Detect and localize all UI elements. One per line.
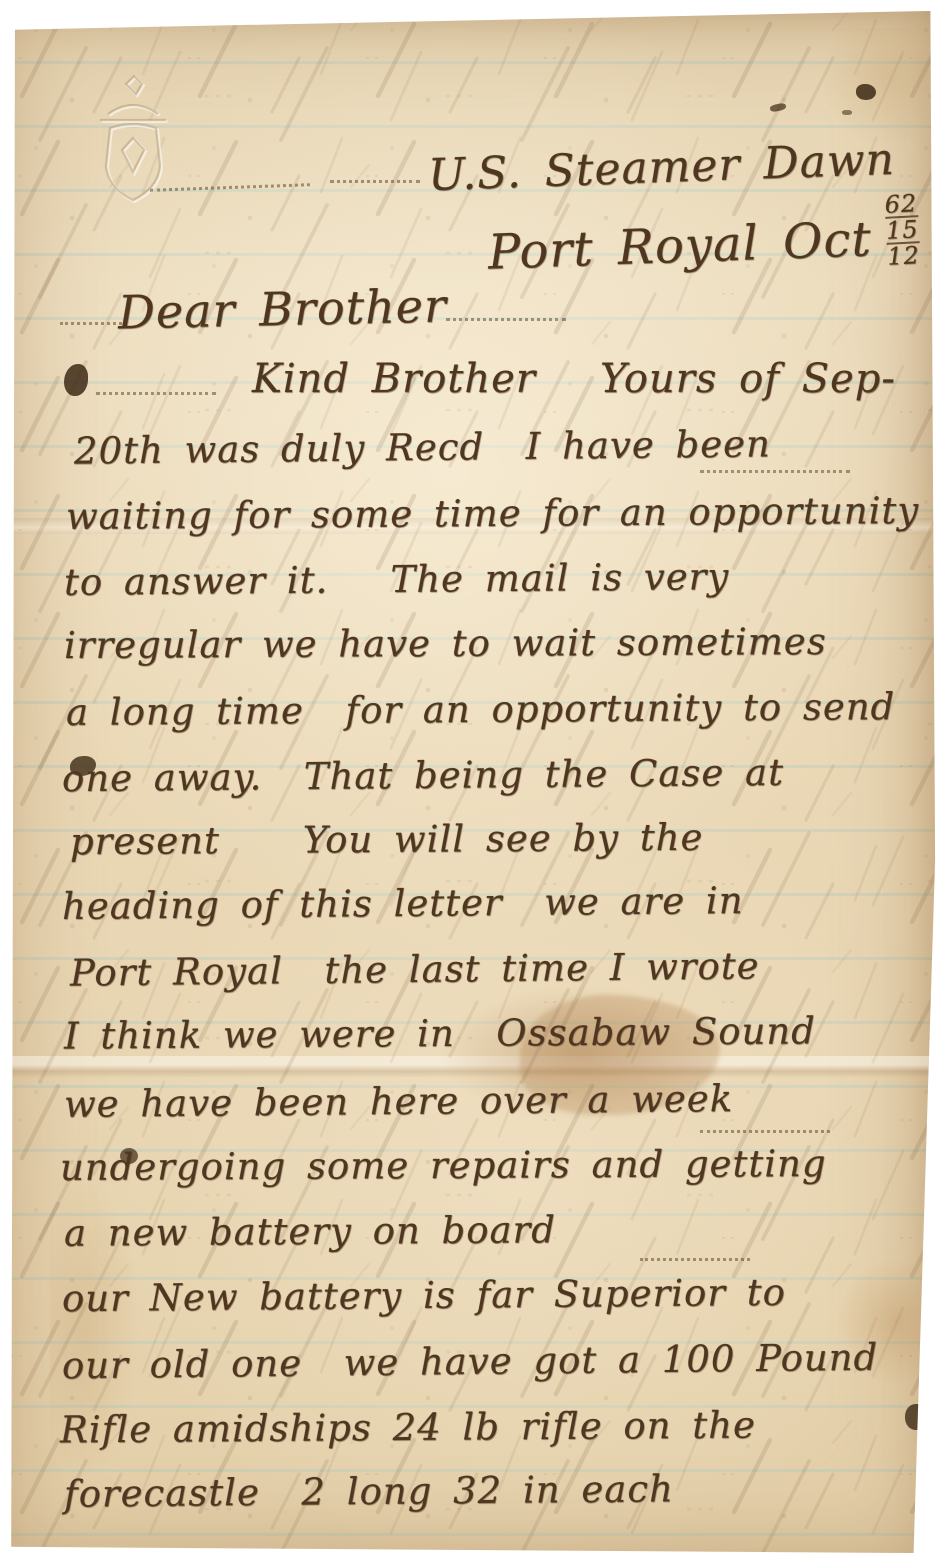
date-extra: 12 [887,243,921,269]
letter-paper: U.S. Steamer Dawn Port Royal Oct 621512 … [0,0,936,1564]
letter-salutation: Dear Brother [117,279,447,340]
letter-line: Rifle amidships 24 lb rifle on the [60,1404,756,1452]
letter-line: to answer it. The mail is very [64,555,730,604]
letter-line: waiting for some time for an opportunity [66,489,920,538]
letter-line: one away. That being the Case at [62,751,784,800]
date-year: 62 [884,191,918,217]
letter-line: 20th was duly Recd I have been [74,422,771,472]
letter-scan: U.S. Steamer Dawn Port Royal Oct 621512 … [0,0,936,1564]
letter-date-stack: 621512 [884,191,920,269]
letter-line: our old one we have got a 100 Pound [62,1336,879,1388]
opener-right: Yours of Sep- [600,356,896,402]
letter-line: we have been here over a week [64,1077,734,1126]
letter-line: a new battery on board [64,1208,556,1254]
letter-line: heading of this letter we are in [62,879,744,928]
letter-line: our New battery is far Superior to [62,1271,786,1320]
letter-line: forecastle 2 long 32 in each [64,1467,674,1515]
letter-heading-place-date: Port Royal Oct [487,211,872,280]
letter-opener: Kind BrotherYours of Sep- [252,356,896,402]
letter-line: undergoing some repairs and getting [60,1142,827,1189]
letter-line: I think we were in Ossabaw Sound [64,1009,816,1057]
opener-left: Kind Brother [252,356,536,402]
letter-line: a long time for an opportunity to send [66,685,896,734]
handwriting-layer: U.S. Steamer Dawn Port Royal Oct 621512 … [0,0,936,1564]
letter-line: present You will see by the [70,816,704,863]
letter-line: Port Royal the last time I wrote [70,944,760,994]
letter-heading-ship: U.S. Steamer Dawn [427,134,895,201]
letter-line: irregular we have to wait sometimes [64,620,827,667]
